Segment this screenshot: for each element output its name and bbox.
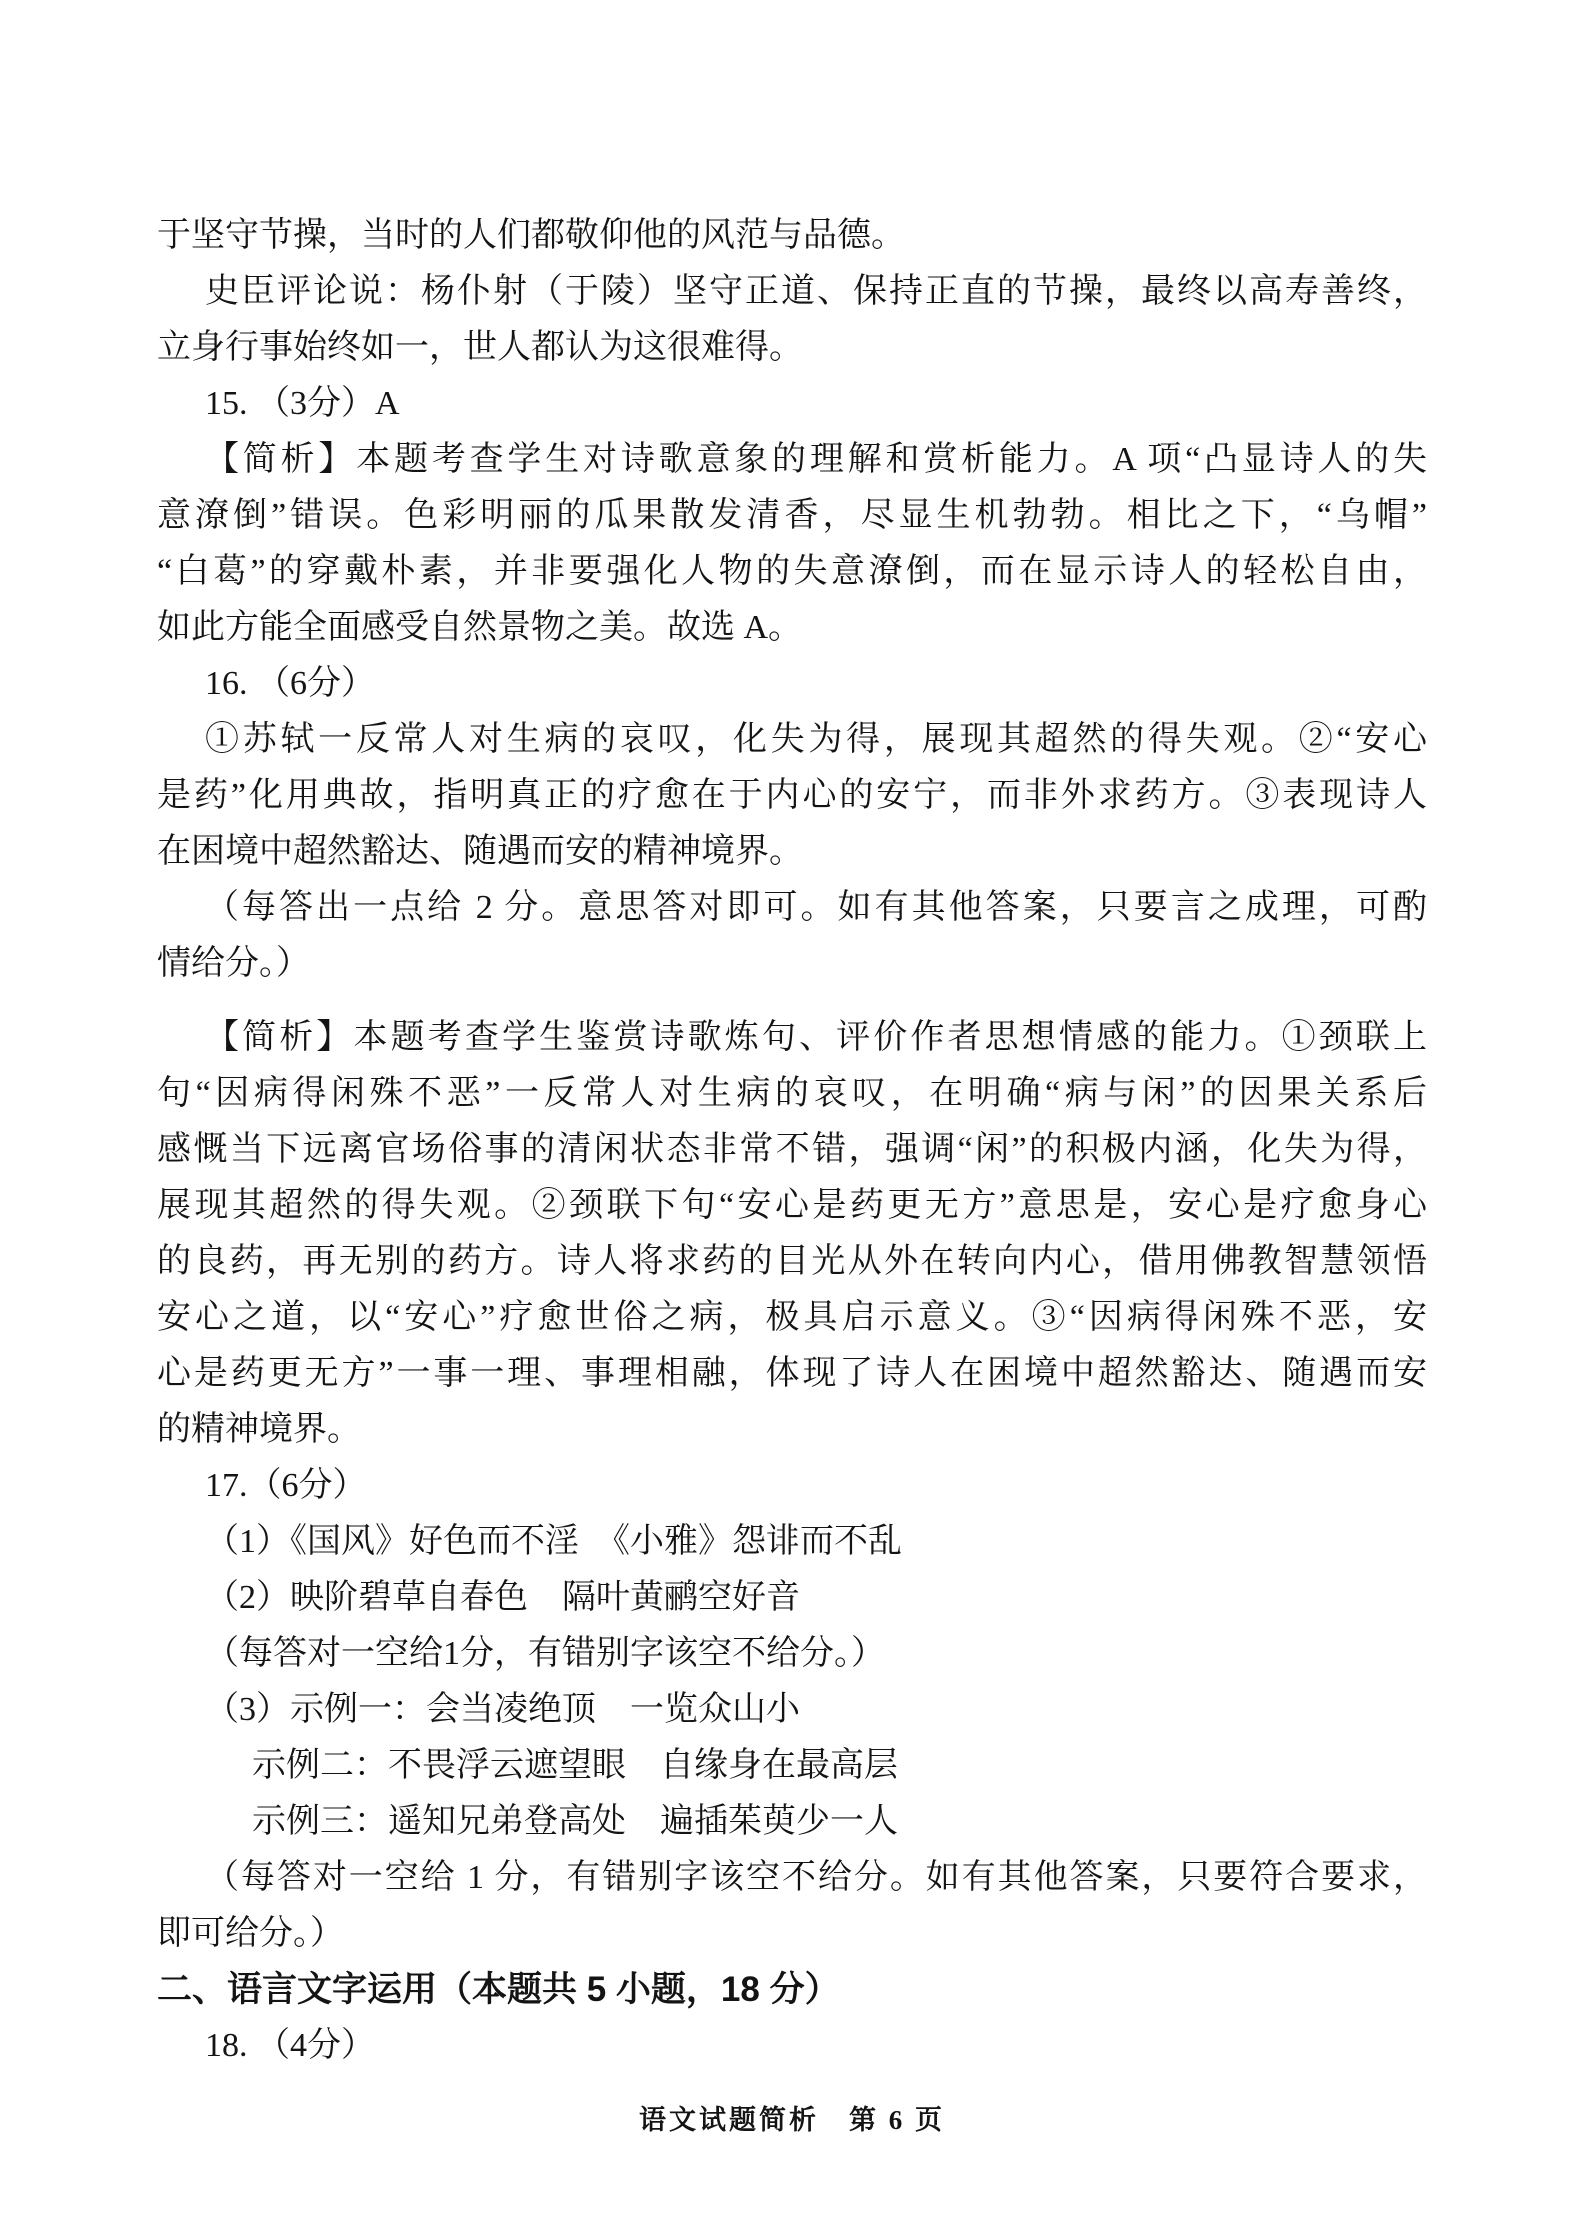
text-line: 【简析】本题考查学生对诗歌意象的理解和赏析能力。A 项“凸显诗人的失 bbox=[157, 432, 1427, 488]
page-footer: 语文试题简析 第 6 页 bbox=[0, 2098, 1584, 2137]
text-line: 16. （6分） bbox=[157, 656, 1427, 712]
text-line: 句“因病得闲殊不恶”一反常人对生病的哀叹，在明确“病与闲”的因果关系后 bbox=[157, 1066, 1427, 1122]
text-line: （每答出一点给 2 分。意思答对即可。如有其他答案，只要言之成理，可酌 bbox=[157, 880, 1427, 936]
text-line: 感慨当下远离官场俗事的清闲状态非常不错，强调“闲”的积极内涵，化失为得， bbox=[157, 1122, 1427, 1178]
text-line: 示例三：遥知兄弟登高处 遍插茱萸少一人 bbox=[157, 1794, 1427, 1850]
text-line: （1）《国风》好色而不淫 《小雅》怨诽而不乱 bbox=[157, 1514, 1427, 1570]
text-line: 情给分。） bbox=[157, 936, 1427, 992]
text-line: 于坚守节操，当时的人们都敬仰他的风范与品德。 bbox=[157, 208, 1427, 264]
text-line: （每答对一空给 1 分，有错别字该空不给分。如有其他答案，只要符合要求， bbox=[157, 1850, 1427, 1906]
text-line: 17.（6分） bbox=[157, 1458, 1427, 1514]
text-line: 如此方能全面感受自然景物之美。故选 A。 bbox=[157, 600, 1427, 656]
text-line: 展现其超然的得失观。②颈联下句“安心是药更无方”意思是，安心是疗愈身心 bbox=[157, 1178, 1427, 1234]
text-line: 【简析】本题考查学生鉴赏诗歌炼句、评价作者思想情感的能力。①颈联上 bbox=[157, 1010, 1427, 1066]
text-line: ①苏轼一反常人对生病的哀叹，化失为得，展现其超然的得失观。②“安心 bbox=[157, 712, 1427, 768]
text-line: 在困境中超然豁达、随遇而安的精神境界。 bbox=[157, 824, 1427, 880]
text-line: （3）示例一：会当凌绝顶 一览众山小 bbox=[157, 1682, 1427, 1738]
text-line: 立身行事始终如一，世人都认为这很难得。 bbox=[157, 320, 1427, 376]
section-heading: 二、语言文字运用（本题共 5 小题，18 分） bbox=[157, 1962, 1427, 2018]
text-line: （每答对一空给1分，有错别字该空不给分。） bbox=[157, 1626, 1427, 1682]
text-line: 意潦倒”错误。色彩明丽的瓜果散发清香，尽显生机勃勃。相比之下，“乌帽” bbox=[157, 488, 1427, 544]
text-line: “白葛”的穿戴朴素，并非要强化人物的失意潦倒，而在显示诗人的轻松自由， bbox=[157, 544, 1427, 600]
text-line: 的良药，再无别的药方。诗人将求药的目光从外在转向内心，借用佛教智慧领悟 bbox=[157, 1234, 1427, 1290]
answer-key-text: 于坚守节操，当时的人们都敬仰他的风范与品德。史臣评论说：杨仆射（于陵）坚守正道、… bbox=[157, 208, 1427, 2074]
text-line: （2）映阶碧草自春色 隔叶黄鹂空好音 bbox=[157, 1570, 1427, 1626]
text-line: 的精神境界。 bbox=[157, 1402, 1427, 1458]
text-line: 安心之道，以“安心”疗愈世俗之病，极具启示意义。③“因病得闲殊不恶，安 bbox=[157, 1290, 1427, 1346]
text-line: 即可给分。） bbox=[157, 1906, 1427, 1962]
text-line: 示例二：不畏浮云遮望眼 自缘身在最高层 bbox=[157, 1738, 1427, 1794]
text-line: 史臣评论说：杨仆射（于陵）坚守正道、保持正直的节操，最终以高寿善终， bbox=[157, 264, 1427, 320]
text-line: 18. （4分） bbox=[157, 2018, 1427, 2074]
text-line: 是药”化用典故，指明真正的疗愈在于内心的安宁，而非外求药方。③表现诗人 bbox=[157, 768, 1427, 824]
text-line: 心是药更无方”一事一理、事理相融，体现了诗人在困境中超然豁达、随遇而安 bbox=[157, 1346, 1427, 1402]
text-line: 15. （3分）A bbox=[157, 376, 1427, 432]
document-page: 于坚守节操，当时的人们都敬仰他的风范与品德。史臣评论说：杨仆射（于陵）坚守正道、… bbox=[0, 0, 1584, 2240]
